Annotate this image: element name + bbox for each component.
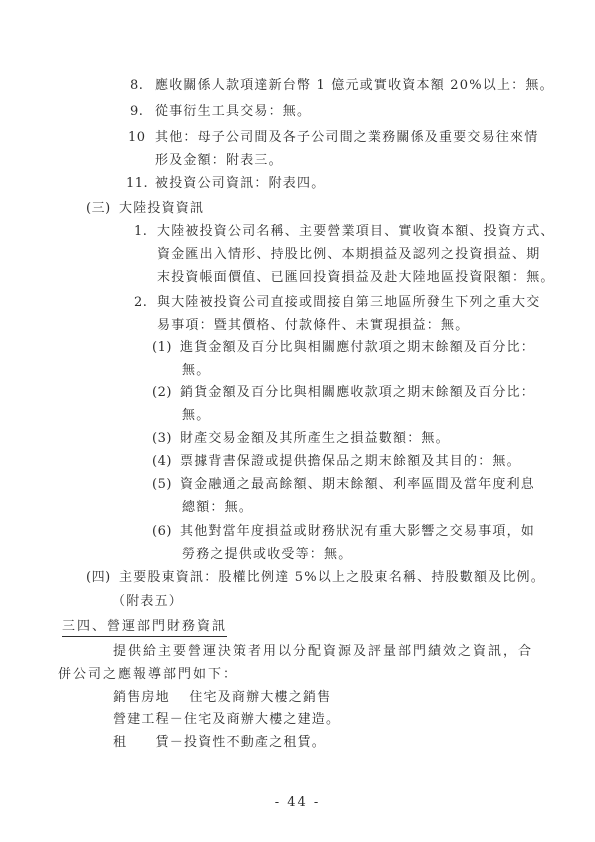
chapter-number: 三四、 <box>62 619 107 637</box>
department-line-sales: 銷售房地 住宅及商辦大樓之銷售 <box>113 690 331 706</box>
sub-item-1-line-3: 末投資帳面價值、已匯回投資損益及赴大陸地區投資限額：無。 <box>157 270 555 286</box>
item-text: 票據背書保證或提供擔保品之期末餘額及其目的：無。 <box>180 454 521 469</box>
department-text: 銷售房地 住宅及商辦大樓之銷售 <box>113 690 331 705</box>
item-number: (5) <box>152 477 180 493</box>
item-number: 2. <box>134 295 157 311</box>
item-text: 形及金額：附表三。 <box>155 153 283 168</box>
item-number: (4) <box>152 454 180 470</box>
item-text: 末投資帳面價值、已匯回投資損益及赴大陸地區投資限額：無。 <box>157 270 555 285</box>
item-text: 勞務之提供或收受等：無。 <box>182 547 352 562</box>
item-text: 被投資公司資訊：附表四。 <box>155 176 325 191</box>
item-number: 10 <box>128 130 155 146</box>
detail-item-4: (4)票據背書保證或提供擔保品之期末餘額及其目的：無。 <box>152 454 521 470</box>
item-number: (6) <box>152 524 180 540</box>
section-title: 大陸投資資訊 <box>119 201 204 216</box>
list-item-8: 8.應收關係人款項達新台幣 1 億元或實收資本額 20%以上：無。 <box>130 78 554 94</box>
section-title: 主要股東資訊：股權比例達 5%以上之股東名稱、持股數額及比例。 <box>119 570 545 585</box>
section-4-appendix-note: （附表五） <box>112 594 183 610</box>
department-text: 租 賃－投資性不動產之租賃。 <box>113 735 326 750</box>
list-item-10-line-1: 10其他：母子公司間及各子公司間之業務關係及重要交易往來情 <box>128 130 538 146</box>
item-text: 易事項：暨其價格、付款條件、未實現損益：無。 <box>157 318 469 333</box>
paragraph-line-2: 併公司之應報導部門如下： <box>58 667 238 683</box>
section-label: (三) <box>86 201 119 217</box>
item-number: (2) <box>152 385 180 401</box>
sub-item-2-line-1: 2.與大陸被投資公司直接或間接自第三地區所發生下列之重大交 <box>134 295 540 311</box>
item-text: 進貨金額及百分比與相關應付款項之期末餘額及百分比： <box>180 340 535 355</box>
paragraph-text: 提供給主要營運決策者用以分配資源及評量部門績效之資訊，合 <box>113 644 533 659</box>
detail-item-6-line-2: 勞務之提供或收受等：無。 <box>182 547 352 563</box>
item-text: 無。 <box>182 408 210 423</box>
item-text: 總額：無。 <box>182 500 253 515</box>
paragraph-text: 併公司之應報導部門如下： <box>58 667 238 682</box>
chapter-heading: 三四、營運部門財務資訊 <box>62 619 227 635</box>
item-number: (3) <box>152 431 180 447</box>
detail-item-1: (1)進貨金額及百分比與相關應付款項之期末餘額及百分比： <box>152 340 535 356</box>
item-number: 8. <box>130 78 155 94</box>
detail-item-2-answer: 無。 <box>182 408 210 424</box>
section-3-heading: (三)大陸投資資訊 <box>86 201 204 217</box>
department-line-leasing: 租 賃－投資性不動產之租賃。 <box>113 735 326 751</box>
detail-item-6-line-1: (6)其他對當年度損益或財務狀況有重大影響之交易事項，如 <box>152 524 535 540</box>
item-number: 11. <box>126 176 155 192</box>
list-item-9: 9.從事衍生工具交易：無。 <box>130 104 311 120</box>
item-number: 1. <box>134 224 157 240</box>
detail-item-3: (3)財產交易金額及其所產生之損益數額：無。 <box>152 431 450 447</box>
detail-item-2: (2)銷貨金額及百分比與相關應收款項之期末餘額及百分比： <box>152 385 535 401</box>
page-number: - 44 - <box>0 795 595 810</box>
item-text: 其他對當年度損益或財務狀況有重大影響之交易事項，如 <box>180 524 535 539</box>
item-number: (1) <box>152 340 180 356</box>
list-item-10-line-2: 形及金額：附表三。 <box>155 153 283 169</box>
paragraph-line-1: 提供給主要營運決策者用以分配資源及評量部門績效之資訊，合 <box>113 644 533 660</box>
department-line-construction: 營建工程－住宅及商辦大樓之建造。 <box>113 712 340 728</box>
item-text: 大陸被投資公司名稱、主要營業項目、實收資本額、投資方式、 <box>157 224 555 239</box>
list-item-11: 11.被投資公司資訊：附表四。 <box>126 176 325 192</box>
section-4-heading: (四)主要股東資訊：股權比例達 5%以上之股東名稱、持股數額及比例。 <box>86 570 545 586</box>
item-text: 資金匯出入情形、持股比例、本期損益及認列之投資損益、期 <box>157 247 540 262</box>
item-text: 無。 <box>182 363 210 378</box>
sub-item-1-line-2: 資金匯出入情形、持股比例、本期損益及認列之投資損益、期 <box>157 247 540 263</box>
item-text: 從事衍生工具交易：無。 <box>155 104 311 119</box>
detail-item-5-line-2: 總額：無。 <box>182 500 253 516</box>
item-text: （附表五） <box>112 594 183 609</box>
department-text: 營建工程－住宅及商辦大樓之建造。 <box>113 712 340 727</box>
detail-item-1-answer: 無。 <box>182 363 210 379</box>
sub-item-1-line-1: 1.大陸被投資公司名稱、主要營業項目、實收資本額、投資方式、 <box>134 224 555 240</box>
item-text: 應收關係人款項達新台幣 1 億元或實收資本額 20%以上：無。 <box>155 78 554 93</box>
section-label: (四) <box>86 570 119 586</box>
item-text: 銷貨金額及百分比與相關應收款項之期末餘額及百分比： <box>180 385 535 400</box>
item-number: 9. <box>130 104 155 120</box>
item-text: 與大陸被投資公司直接或間接自第三地區所發生下列之重大交 <box>157 295 540 310</box>
item-text: 財產交易金額及其所產生之損益數額：無。 <box>180 431 450 446</box>
item-text: 資金融通之最高餘額、期末餘額、利率區間及當年度利息 <box>180 477 535 492</box>
chapter-title: 營運部門財務資訊 <box>107 619 227 637</box>
item-text: 其他：母子公司間及各子公司間之業務關係及重要交易往來情 <box>155 130 538 145</box>
document-page: 8.應收關係人款項達新台幣 1 億元或實收資本額 20%以上：無。 9.從事衍生… <box>0 0 595 842</box>
sub-item-2-line-2: 易事項：暨其價格、付款條件、未實現損益：無。 <box>157 318 469 334</box>
detail-item-5-line-1: (5)資金融通之最高餘額、期末餘額、利率區間及當年度利息 <box>152 477 535 493</box>
